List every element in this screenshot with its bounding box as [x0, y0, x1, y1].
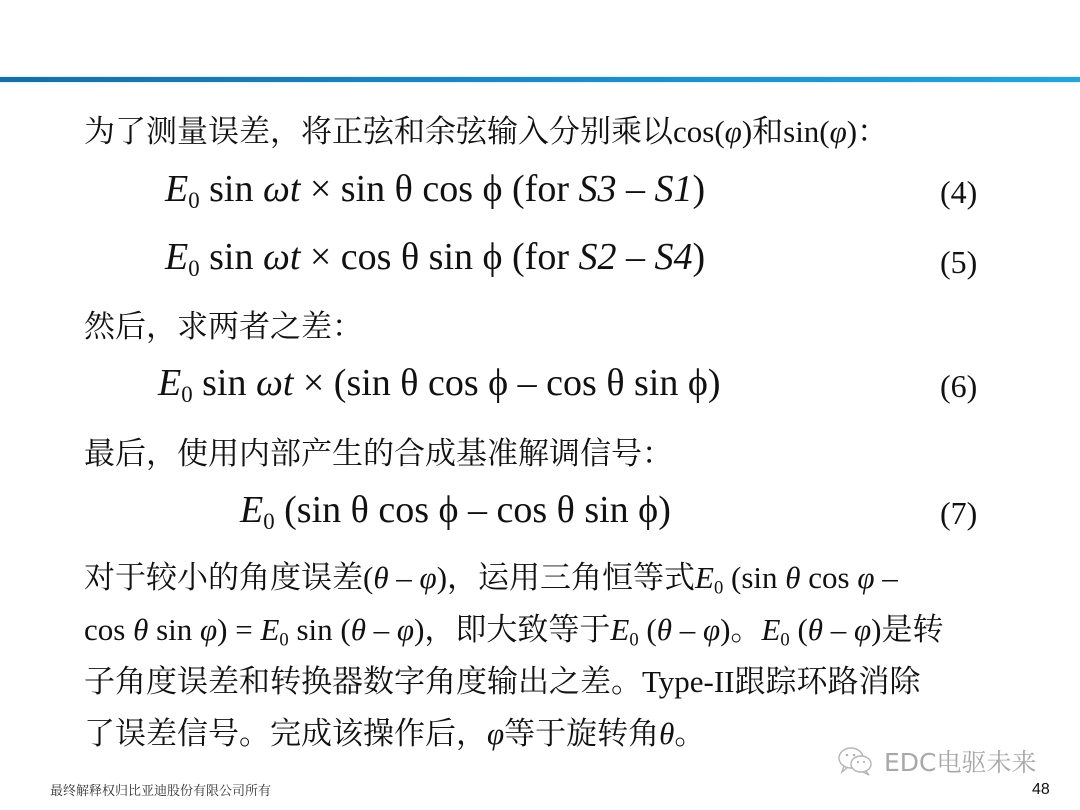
para-text: (	[639, 612, 657, 647]
para-text: –	[875, 560, 898, 595]
eq-subscript: 0	[263, 509, 274, 534]
para-text: 。	[674, 716, 705, 751]
eq-symbol: S2	[578, 236, 616, 278]
para-text: sin	[148, 612, 200, 647]
para-symbol: θ – φ	[657, 612, 720, 647]
eq-symbol: S3	[578, 168, 616, 210]
eq-text: –	[616, 168, 654, 210]
para-text: )是转	[871, 612, 943, 647]
para-text: cos	[84, 612, 133, 647]
equation-7: E0 (sin θ cos ϕ – cos θ sin ϕ)	[240, 487, 671, 545]
eq-text: × (sin θ cos ϕ – cos θ sin ϕ)	[293, 362, 720, 404]
para-symbol: E	[695, 560, 714, 595]
para-symbol: E	[260, 612, 279, 647]
eq-symbol: E	[165, 168, 188, 210]
para-text: )，运用三角恒等式	[437, 560, 695, 595]
watermark: EDC电驱未来	[836, 744, 1037, 778]
para-subscript: 0	[780, 630, 789, 651]
eq-symbol: S1	[654, 168, 692, 210]
eq-subscript: 0	[181, 382, 192, 407]
para-text: (	[790, 612, 808, 647]
eq-symbol: ωt	[256, 362, 293, 404]
eq-text: )	[692, 236, 705, 278]
eq-symbol: E	[158, 362, 181, 404]
para-symbol: θ	[659, 716, 674, 751]
eq-symbol: E	[165, 236, 188, 278]
para-symbol: φ	[487, 716, 504, 751]
intro-text: 为了测量误差，将正弦和余弦输入分别乘以cos(	[84, 114, 725, 149]
footer-copyright: 最终解释权归比亚迪股份有限公司所有	[50, 780, 271, 799]
para-subscript: 0	[629, 630, 638, 651]
eq-subscript: 0	[188, 256, 199, 281]
para-text: cos	[801, 560, 858, 595]
para-subscript: 0	[714, 578, 723, 599]
wechat-icon	[836, 745, 876, 777]
finally-line: 最后，使用内部产生的合成基准解调信号：	[84, 434, 673, 474]
equation-number-4: (4)	[940, 169, 977, 215]
para-symbol: θ – φ	[351, 612, 414, 647]
para-text: sin (	[289, 612, 351, 647]
paragraph-line-4: 了误差信号。完成该操作后，φ等于旋转角θ。	[84, 714, 705, 754]
eq-text: –	[616, 236, 654, 278]
paragraph-line-2: cos θ sin φ) = E0 sin (θ – φ)，即大致等于E0 (θ…	[84, 610, 943, 661]
para-text: )，即大致等于	[414, 612, 610, 647]
equation-6: E0 sin ωt × (sin θ cos ϕ – cos θ sin ϕ)	[158, 360, 721, 418]
watermark-text: EDC电驱未来	[884, 743, 1037, 779]
eq-text: × cos θ sin ϕ (for	[300, 236, 578, 278]
para-symbol: θ – φ	[808, 612, 871, 647]
then-line: 然后，求两者之差：	[84, 307, 363, 347]
para-symbol: E	[761, 612, 780, 647]
eq-subscript: 0	[188, 188, 199, 213]
intro-text: )：	[847, 114, 888, 149]
equation-number-5: (5)	[940, 239, 977, 285]
eq-symbol: E	[240, 489, 263, 531]
phi-symbol: φ	[725, 114, 742, 149]
para-symbol: θ	[133, 612, 148, 647]
eq-text: sin	[200, 236, 263, 278]
equation-4: E0 sin ωt × sin θ cos ϕ (for S3 – S1)	[165, 166, 705, 224]
para-text: 对于较小的角度误差(	[84, 560, 373, 595]
para-symbol: φ	[200, 612, 217, 647]
eq-symbol: ωt	[263, 168, 300, 210]
phi-symbol: φ	[830, 114, 847, 149]
para-symbol: E	[610, 612, 629, 647]
intro-line: 为了测量误差，将正弦和余弦输入分别乘以cos(φ)和sin(φ)：	[84, 112, 888, 152]
eq-text: sin	[200, 168, 263, 210]
eq-text: × sin θ cos ϕ (for	[300, 168, 578, 210]
header-accent-bar	[0, 77, 1080, 82]
paragraph-line-3: 子角度误差和转换器数字角度输出之差。Type-II跟踪环路消除	[84, 662, 921, 702]
para-symbol: θ – φ	[373, 560, 436, 595]
para-symbol: θ	[785, 560, 800, 595]
para-text: 等于旋转角	[504, 716, 659, 751]
equation-5: E0 sin ωt × cos θ sin ϕ (for S2 – S4)	[165, 234, 705, 292]
paragraph-line-1: 对于较小的角度误差(θ – φ)，运用三角恒等式E0 (sin θ cos φ …	[84, 558, 898, 609]
eq-symbol: S4	[654, 236, 692, 278]
eq-text: sin	[193, 362, 256, 404]
para-subscript: 0	[279, 630, 288, 651]
para-text: )。	[720, 612, 761, 647]
page-number: 48	[1032, 781, 1050, 799]
eq-text: )	[692, 168, 705, 210]
para-symbol: φ	[857, 560, 874, 595]
equation-number-7: (7)	[940, 490, 977, 536]
para-text: (sin	[723, 560, 785, 595]
para-text: 了误差信号。完成该操作后，	[84, 716, 487, 751]
equation-number-6: (6)	[940, 363, 977, 409]
eq-text: (sin θ cos ϕ – cos θ sin ϕ)	[275, 489, 671, 531]
eq-symbol: ωt	[263, 236, 300, 278]
para-text: ) =	[217, 612, 260, 647]
intro-text: )和sin(	[742, 114, 830, 149]
